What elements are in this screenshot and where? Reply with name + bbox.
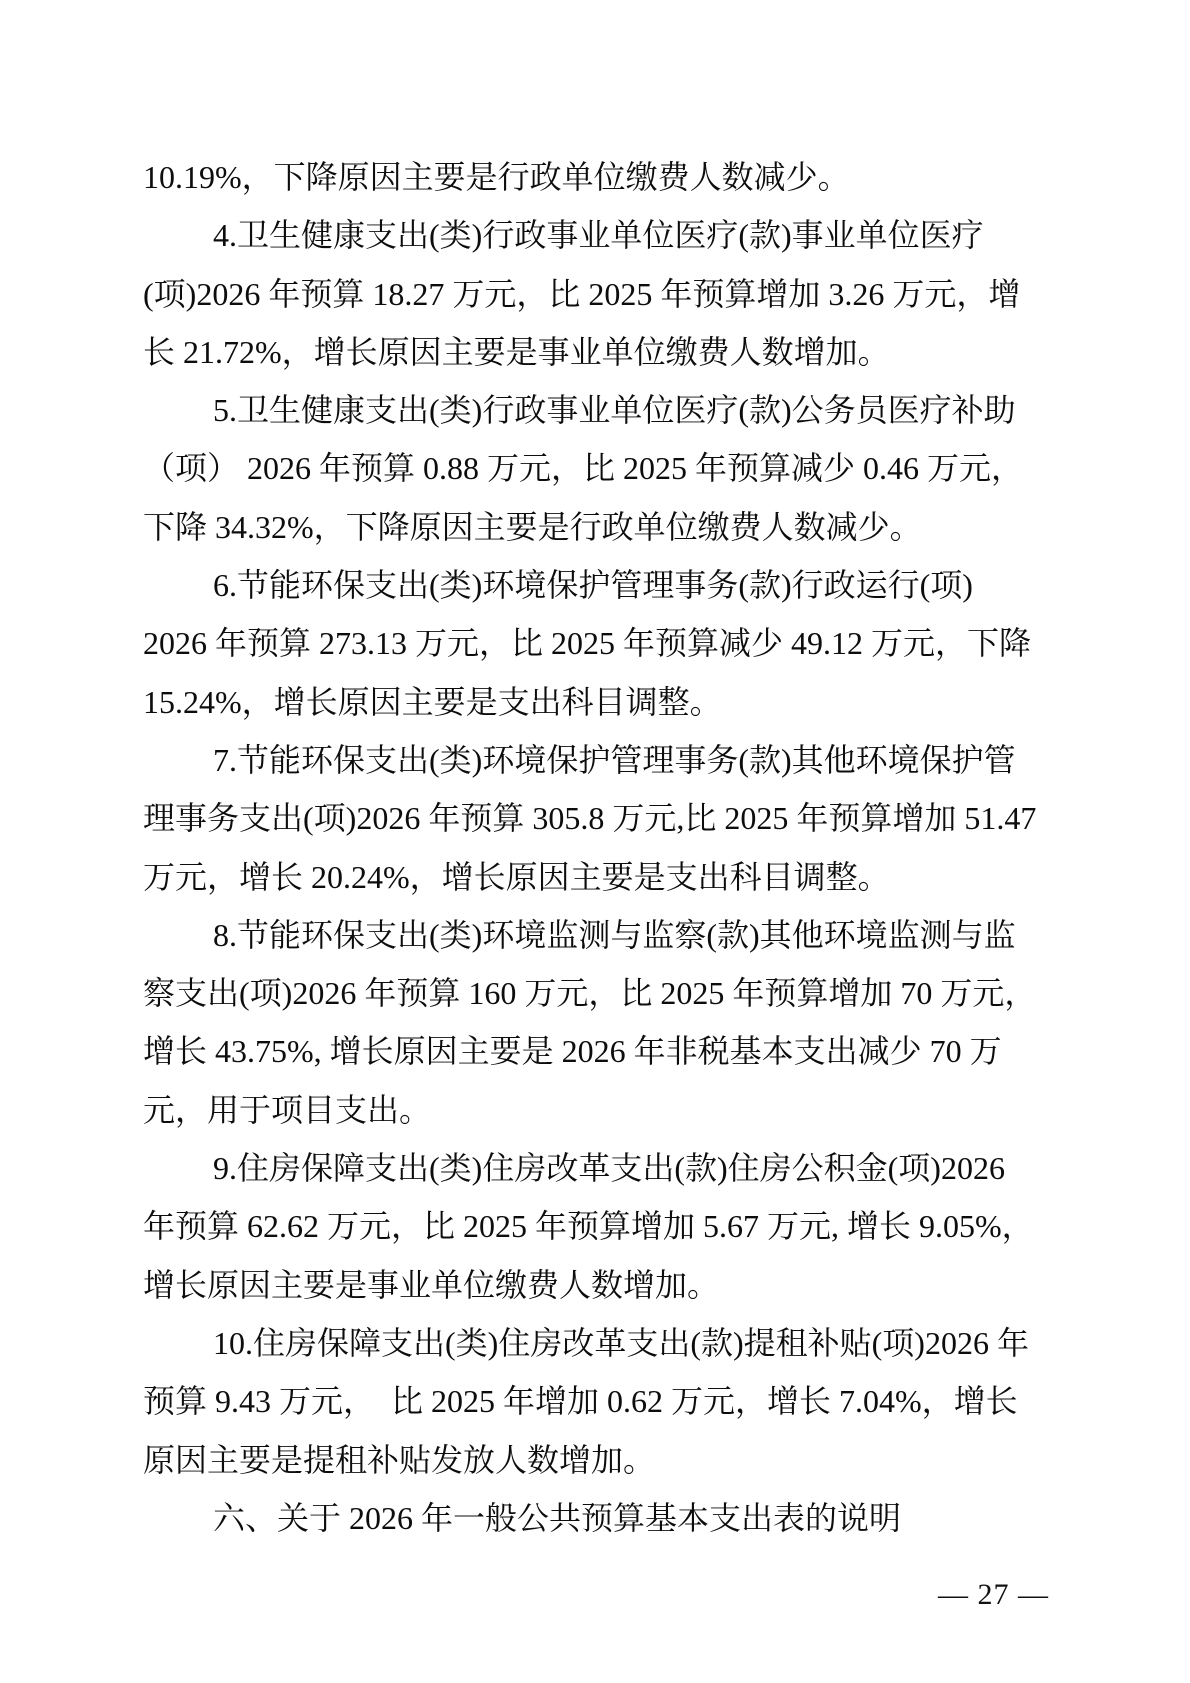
paragraph-7-line-2: 理事务支出(项)2026 年预算 305.8 万元,比 2025 年预算增加 5… (143, 789, 1049, 847)
document-page: 10.19%，下降原因主要是行政单位缴费人数减少。4.卫生健康支出(类)行政事业… (0, 0, 1190, 1683)
paragraph-5-line-3: 下降 34.32%，下降原因主要是行政单位缴费人数减少。 (143, 498, 1049, 556)
page-number: — 27 — (143, 1578, 1049, 1612)
paragraph-10-line-3: 原因主要是提租补贴发放人数增加。 (143, 1431, 1049, 1489)
paragraph-5-line-1: 5.卫生健康支出(类)行政事业单位医疗(款)公务员医疗补助 (143, 381, 1049, 439)
paragraph-10-line-2: 预算 9.43 万元， 比 2025 年增加 0.62 万元，增长 7.04%，… (143, 1372, 1049, 1430)
paragraph-8-line-4: 元，用于项目支出。 (143, 1081, 1049, 1139)
paragraph-4-line-3: 长 21.72%，增长原因主要是事业单位缴费人数增加。 (143, 323, 1049, 381)
paragraph-7-line-1: 7.节能环保支出(类)环境保护管理事务(款)其他环境保护管 (143, 731, 1049, 789)
paragraph-9-line-3: 增长原因主要是事业单位缴费人数增加。 (143, 1256, 1049, 1314)
paragraph-4-line-1: 4.卫生健康支出(类)行政事业单位医疗(款)事业单位医疗 (143, 206, 1049, 264)
document-body: 10.19%，下降原因主要是行政单位缴费人数减少。4.卫生健康支出(类)行政事业… (143, 148, 1049, 1547)
paragraph-4-line-2: (项)2026 年预算 18.27 万元，比 2025 年预算增加 3.26 万… (143, 265, 1049, 323)
paragraph-8-line-2: 察支出(项)2026 年预算 160 万元，比 2025 年预算增加 70 万元… (143, 964, 1049, 1022)
paragraph-6-line-1: 6.节能环保支出(类)环境保护管理事务(款)行政运行(项) (143, 556, 1049, 614)
section-heading: 六、关于 2026 年一般公共预算基本支出表的说明 (143, 1489, 1049, 1547)
paragraph-8-line-1: 8.节能环保支出(类)环境监测与监察(款)其他环境监测与监 (143, 906, 1049, 964)
paragraph-10-line-1: 10.住房保障支出(类)住房改革支出(款)提租补贴(项)2026 年 (143, 1314, 1049, 1372)
paragraph-6-line-3: 15.24%，增长原因主要是支出科目调整。 (143, 673, 1049, 731)
paragraph-3-line-end: 10.19%，下降原因主要是行政单位缴费人数减少。 (143, 148, 1049, 206)
paragraph-6-line-2: 2026 年预算 273.13 万元，比 2025 年预算减少 49.12 万元… (143, 614, 1049, 672)
paragraph-9-line-2: 年预算 62.62 万元，比 2025 年预算增加 5.67 万元, 增长 9.… (143, 1197, 1049, 1255)
paragraph-9-line-1: 9.住房保障支出(类)住房改革支出(款)住房公积金(项)2026 (143, 1139, 1049, 1197)
paragraph-7-line-3: 万元，增长 20.24%，增长原因主要是支出科目调整。 (143, 848, 1049, 906)
paragraph-8-line-3: 增长 43.75%, 增长原因主要是 2026 年非税基本支出减少 70 万 (143, 1022, 1049, 1080)
paragraph-5-line-2: （项） 2026 年预算 0.88 万元，比 2025 年预算减少 0.46 万… (143, 439, 1049, 497)
